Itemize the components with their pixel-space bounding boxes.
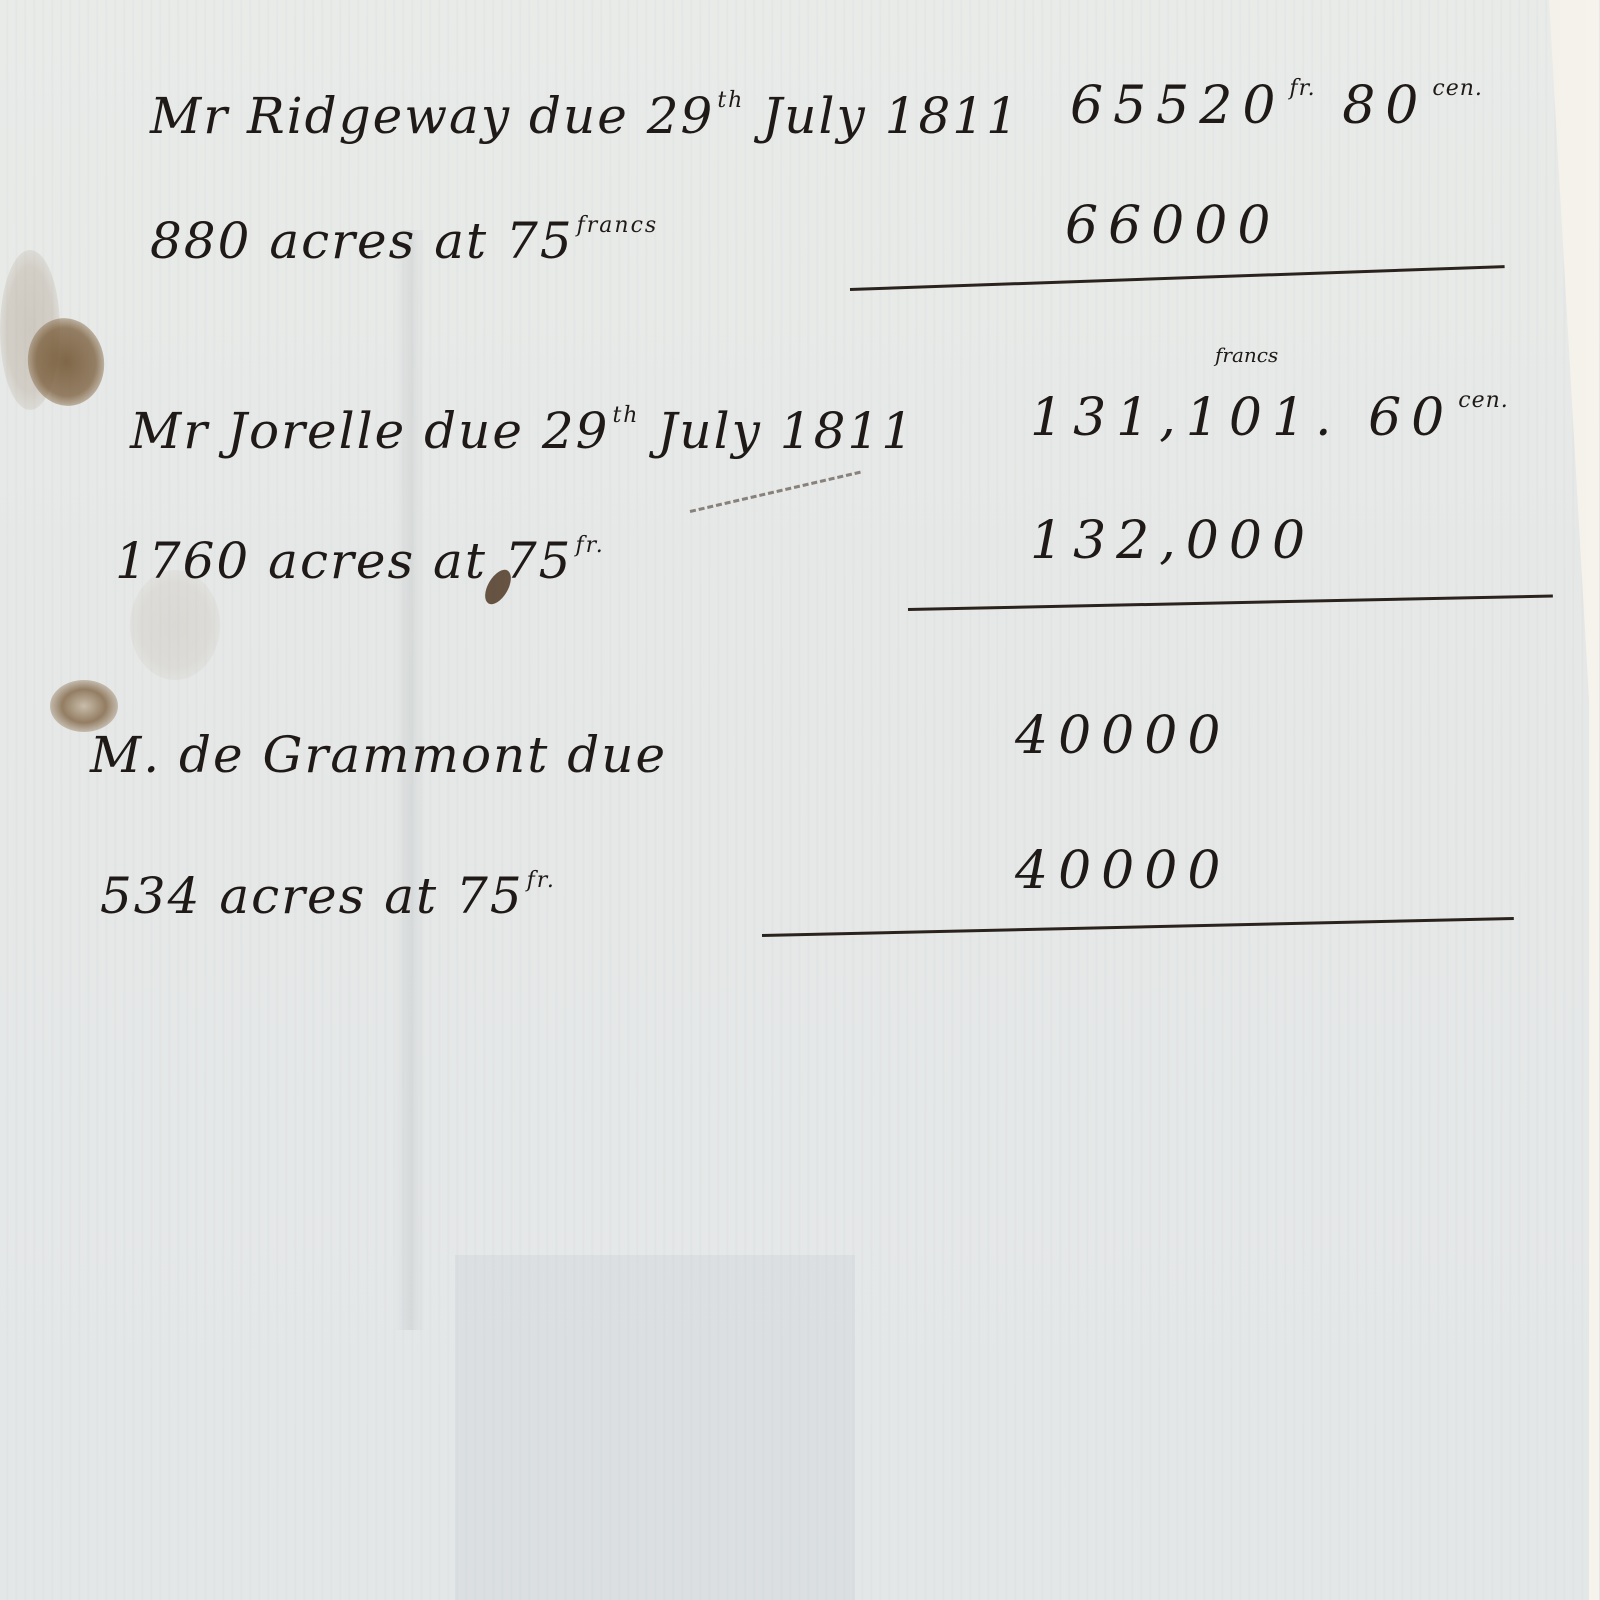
- entry-3-amount-main: 40000: [1015, 706, 1230, 766]
- entry-3-rate: 75: [456, 867, 524, 925]
- entry-3-acres: 534: [100, 867, 201, 925]
- entry-1-amount-cents-unit: cen.: [1432, 76, 1483, 101]
- entry-1-header: Mr Ridgeway due 29th July 1811: [150, 90, 1020, 141]
- entry-1-acres: 880: [150, 212, 251, 270]
- paper-shadow: [455, 1255, 855, 1600]
- entry-2-acres-label: acres at: [268, 532, 487, 590]
- ledger-sheet: Mr Ridgeway due 29th July 1811 65520fr. …: [0, 0, 1600, 1600]
- ink-stain-lower: [50, 680, 118, 732]
- entry-1-amount-due: 65520fr. 80cen.: [1070, 78, 1483, 132]
- entry-2-due-label: due: [424, 402, 524, 460]
- entry-3-acreage: 534 acres at 75fr.: [100, 870, 556, 921]
- entry-3-acres-label: acres at: [219, 867, 438, 925]
- entry-2-due-day: 29: [542, 402, 610, 460]
- entry-2-header: Mr Jorelle due 29th July 1811: [130, 405, 915, 456]
- entry-3-amount-due: 40000: [1015, 710, 1230, 762]
- entry-1-due-day: 29: [647, 87, 715, 145]
- entry-3-rate-unit: fr.: [527, 868, 556, 893]
- entry-2-amount-cents-unit: cen.: [1458, 388, 1509, 413]
- entry-2-amount-cents: 60: [1368, 388, 1454, 448]
- entry-1-due-month-year: July 1811: [762, 87, 1020, 145]
- entry-1-due-day-suffix: th: [717, 88, 744, 113]
- entry-3-acreage-value: 40000: [1015, 845, 1230, 897]
- entry-3-due-label: due: [567, 726, 667, 784]
- entry-3-debtor: M. de Grammont: [90, 726, 549, 784]
- entry-2-debtor: Mr Jorelle: [130, 402, 406, 460]
- entry-2-rate: 75: [505, 532, 573, 590]
- entry-1-acreage-value: 66000: [1065, 200, 1280, 252]
- entry-2-amount-due: 131,101. 60cen.: [1030, 390, 1509, 444]
- entry-2-acres: 1760: [115, 532, 250, 590]
- entry-1-debtor: Mr Ridgeway: [150, 87, 511, 145]
- entry-2-due-month-year: July 1811: [657, 402, 915, 460]
- entry-2-amount-unit-above: francs: [1215, 345, 1278, 365]
- entry-1-acreage: 880 acres at 75francs: [150, 215, 658, 266]
- entry-1-amount-main: 65520: [1070, 76, 1285, 136]
- paper-edge: [1529, 0, 1600, 1600]
- entry-1-rate: 75: [506, 212, 574, 270]
- entry-2-acreage: 1760 acres at 75fr.: [115, 535, 605, 586]
- entry-3-total-rule: [762, 917, 1514, 937]
- entry-2-amount-main: 131,101.: [1030, 388, 1342, 448]
- entry-3-header: M. de Grammont due: [90, 730, 667, 780]
- entry-1-amount-cents: 80: [1342, 76, 1428, 136]
- pencil-mark: [690, 471, 861, 513]
- entry-1-rate-unit: francs: [577, 213, 659, 238]
- entry-1-total-rule: [850, 265, 1505, 291]
- entry-1-due-label: due: [529, 87, 629, 145]
- entry-2-due-day-suffix: th: [612, 403, 639, 428]
- entry-1-acres-label: acres at: [269, 212, 488, 270]
- entry-2-acreage-value: 132,000: [1030, 515, 1315, 567]
- entry-2-rate-unit: fr.: [575, 533, 604, 558]
- entry-1-amount-main-unit: fr.: [1289, 76, 1315, 101]
- entry-2-total-rule: [908, 594, 1553, 611]
